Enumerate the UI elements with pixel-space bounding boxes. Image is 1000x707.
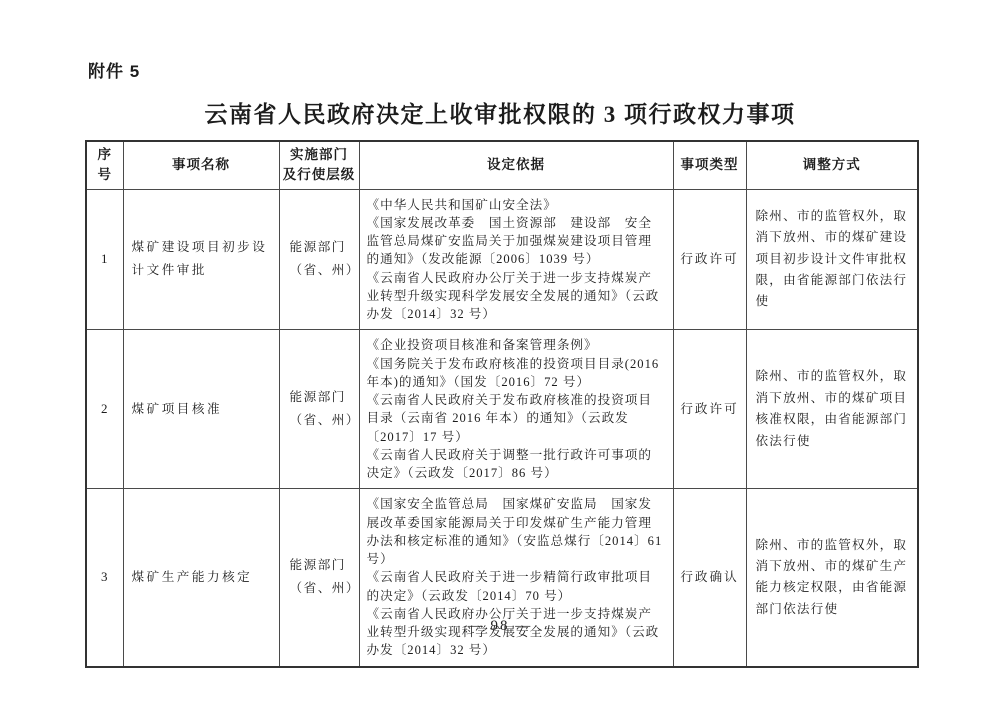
cell-basis: 《企业投资项目核准和备案管理条例》 《国务院关于发布政府核准的投资项目目录(20… — [359, 330, 673, 489]
attachment-label: 附件 5 — [88, 57, 140, 82]
basis-reference: 《云南省人民政府关于发布政府核准的投资项目目录（云南省 2016 年本）的通知》… — [367, 391, 666, 446]
cell-department: 能源部门 （省、州） — [279, 489, 359, 667]
table-header-row: 序 号 事项名称 实施部门 及行使层级 设定依据 事项类型 调整方式 — [86, 141, 918, 189]
cell-seq: 1 — [86, 189, 123, 330]
basis-reference: 《中华人民共和国矿山安全法》 — [367, 196, 666, 214]
cell-item-name: 煤矿生产能力核定 — [123, 489, 279, 667]
basis-reference: 《云南省人民政府办公厅关于进一步支持煤炭产业转型升级实现科学发展安全发展的通知》… — [367, 269, 666, 324]
basis-reference: 《国家安全监管总局 国家煤矿安监局 国家发展改革委国家能源局关于印发煤矿生产能力… — [367, 495, 666, 568]
header-seq: 序 号 — [86, 141, 123, 189]
header-item-name: 事项名称 — [123, 141, 279, 189]
cell-adjustment: 除州、市的监管权外，取消下放州、市的煤矿生产能力核定权限，由省能源部门依法行使 — [746, 489, 918, 667]
cell-item-type: 行政确认 — [673, 489, 746, 667]
cell-item-name: 煤矿建设项目初步设计文件审批 — [123, 189, 279, 330]
header-item-type: 事项类型 — [673, 141, 746, 189]
cell-basis: 《国家安全监管总局 国家煤矿安监局 国家发展改革委国家能源局关于印发煤矿生产能力… — [359, 489, 673, 667]
authority-items-table: 序 号 事项名称 实施部门 及行使层级 设定依据 事项类型 调整方式 1 煤矿建… — [85, 140, 919, 668]
cell-adjustment: 除州、市的监管权外，取消下放州、市的煤矿项目核准权限，由省能源部门依法行使 — [746, 330, 918, 489]
document-page: 附件 5 云南省人民政府决定上收审批权限的 3 项行政权力事项 序 号 事项名称… — [0, 0, 1000, 707]
cell-item-type: 行政许可 — [673, 189, 746, 330]
basis-reference: 《云南省人民政府关于调整一批行政许可事项的决定》（云政发〔2017〕86 号） — [367, 446, 666, 483]
cell-seq: 3 — [86, 489, 123, 667]
page-number: — 98 — — [0, 618, 1000, 635]
header-basis: 设定依据 — [359, 141, 673, 189]
cell-seq: 2 — [86, 330, 123, 489]
table-row: 2 煤矿项目核准 能源部门 （省、州） 《企业投资项目核准和备案管理条例》 《国… — [86, 330, 918, 489]
cell-department: 能源部门 （省、州） — [279, 330, 359, 489]
basis-reference: 《国家发展改革委 国土资源部 建设部 安全监管总局煤矿安监局关于加强煤炭建设项目… — [367, 214, 666, 269]
table-row: 1 煤矿建设项目初步设计文件审批 能源部门 （省、州） 《中华人民共和国矿山安全… — [86, 189, 918, 330]
header-department: 实施部门 及行使层级 — [279, 141, 359, 189]
cell-department: 能源部门 （省、州） — [279, 189, 359, 330]
page-title: 云南省人民政府决定上收审批权限的 3 项行政权力事项 — [0, 96, 1000, 129]
basis-reference: 《企业投资项目核准和备案管理条例》 — [367, 336, 666, 354]
basis-reference: 《国务院关于发布政府核准的投资项目目录(2016 年本)的通知》（国发〔2016… — [367, 355, 666, 392]
table-row: 3 煤矿生产能力核定 能源部门 （省、州） 《国家安全监管总局 国家煤矿安监局 … — [86, 489, 918, 667]
basis-reference: 《云南省人民政府关于进一步精简行政审批项目的决定》（云政发〔2014〕70 号） — [367, 568, 666, 605]
cell-item-name: 煤矿项目核准 — [123, 330, 279, 489]
cell-basis: 《中华人民共和国矿山安全法》 《国家发展改革委 国土资源部 建设部 安全监管总局… — [359, 189, 673, 330]
cell-adjustment: 除州、市的监管权外，取消下放州、市的煤矿建设项目初步设计文件审批权限，由省能源部… — [746, 189, 918, 330]
header-adjustment: 调整方式 — [746, 141, 918, 189]
cell-item-type: 行政许可 — [673, 330, 746, 489]
